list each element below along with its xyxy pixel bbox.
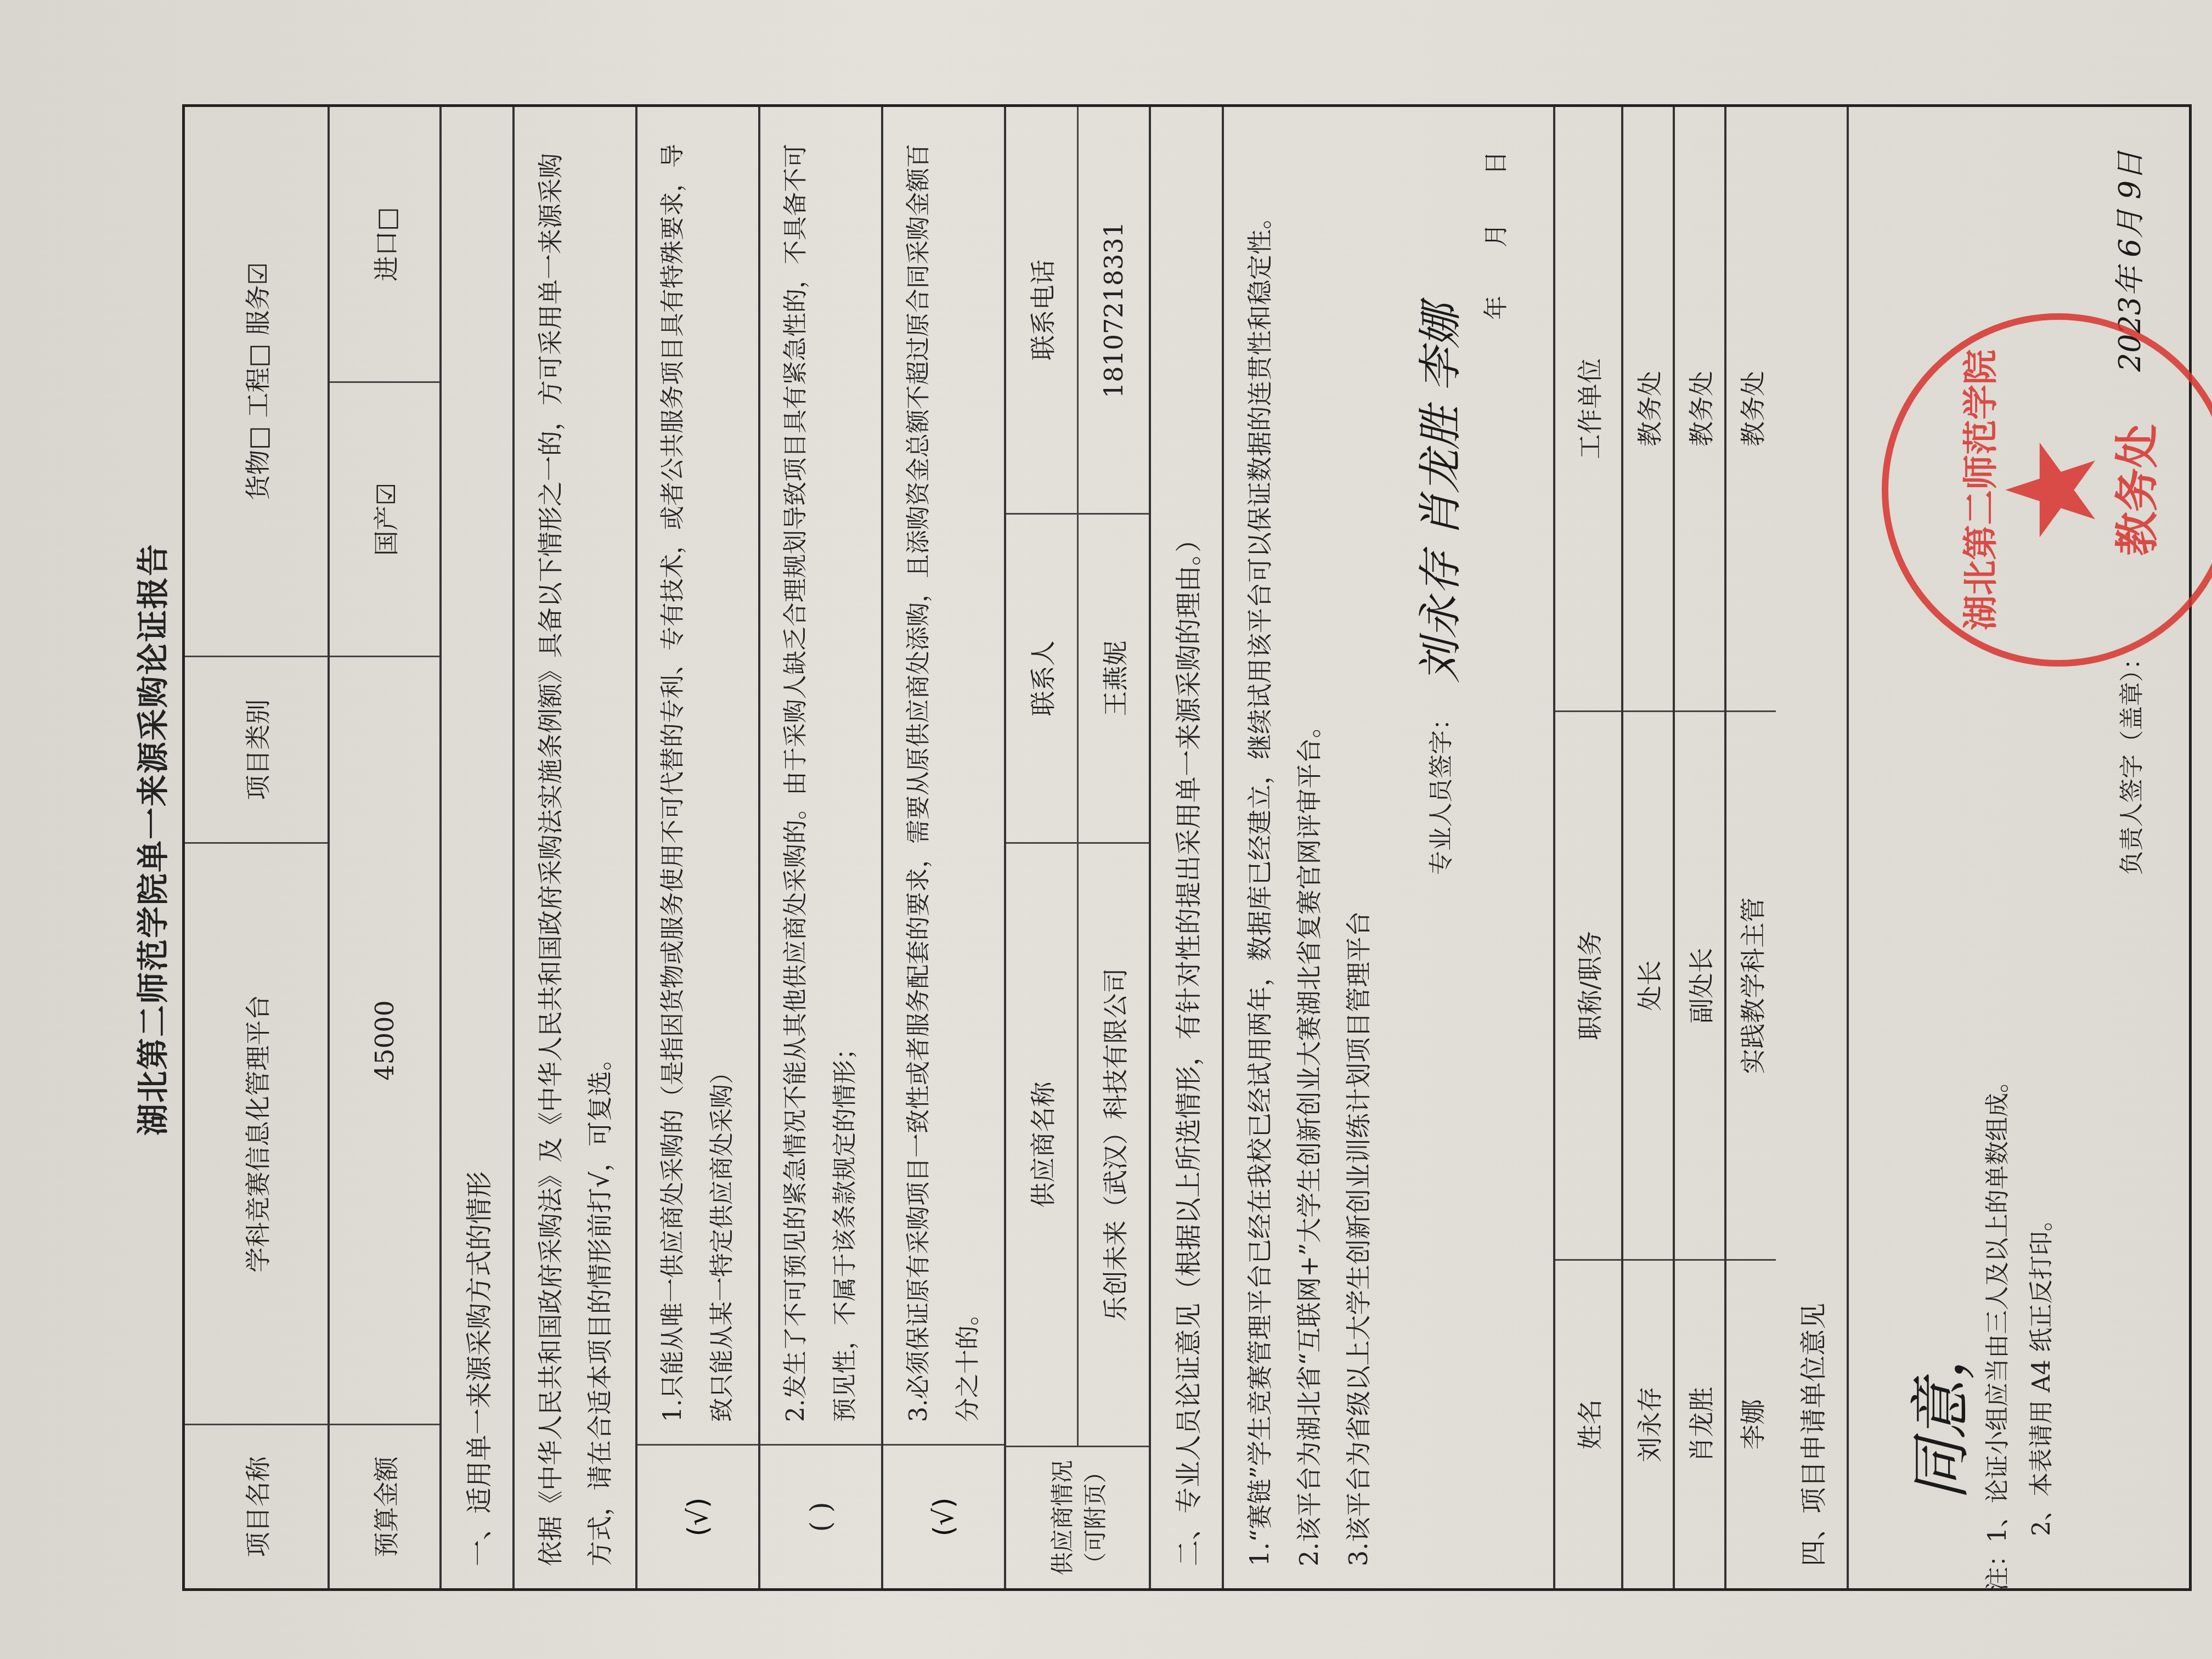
photo-background: 湖北第二师范学院单一来源采购论证报告 项目名称 学科竞赛信息化管理平台 项目类别… [0,0,2212,1659]
footnotes: 注：1、论证小组应当由三人及以上的单数组成。 2、本表请用 A4 纸正反打印。 [1976,1069,2064,1591]
section2-body: 1.“赛链”学生竞赛管理平台已经在我校已经试用两年，数据库已经建立，继续试用该平… [1224,107,1555,1588]
option-2: ( ) 2.发生了不可预见的紧急情况不能从其他供应商处采购的。由于采购人缺乏合理… [760,107,883,1588]
option-3-text: 3.必须保证原有采购项目一致性或者服务配套的要求，需要从原供应商处添购，且添购资… [883,107,1004,1444]
seal-bottom-text: 教务处 [2102,424,2165,556]
section2-point-1: 1.“赛链”学生竞赛管理平台已经在我校已经试用两年，数据库已经建立，继续试用该平… [1235,129,1284,1566]
section1-heading: 一、适用单一来源采购方式的情形 [442,1149,512,1588]
applicant-opinion: 同意， [1893,1319,1979,1500]
supplier-contact: 王燕妮 [1079,513,1149,842]
option-2-text: 2.发生了不可预见的紧急情况不能从其他供应商处采购的。由于采购人缺乏合理规划导致… [760,107,881,1444]
experts-header-row: 姓名 职称/职务 工作单位 [1555,107,1623,1588]
expert-row: 肖龙胜 副处长 教务处 [1675,107,1726,1588]
official-seal: 湖北第二师范学院 ★ 教务处 [1882,313,2212,667]
experts-table: 姓名 职称/职务 工作单位 刘永存 处长 教务处 肖龙胜 副处长 教务处 李娜 … [1555,107,1776,1588]
procurement-form: 项目名称 学科竞赛信息化管理平台 项目类别 货物□ 工程□ 服务☑ 预算金额 4… [182,104,2192,1591]
expert-name: 刘永存 [1623,1259,1673,1588]
origin-domestic: 国产☑ [330,381,439,656]
expert-unit: 教务处 [1675,107,1724,710]
section4-heading-row: 四、项目申请单位意见 [1776,107,1849,1588]
section2-signatures: 刘永存 肖龙胜 李娜 [1405,304,1468,683]
experts-header-name: 姓名 [1555,1259,1621,1588]
budget-value: 45000 [330,656,439,1424]
supplier-name: 乐创未来（武汉）科技有限公司 [1079,842,1149,1446]
project-category-label: 项目类别 [185,656,328,842]
option-1-text: 1.只能从唯一供应商处采购的（是指因货物或服务使用不可代替的专利、专有技术，或者… [637,107,758,1444]
expert-title: 实践教学科主管 [1726,710,1776,1259]
project-category-options: 货物□ 工程□ 服务☑ [185,107,328,656]
section2-heading: 二、专业人员论证意见（根据以上所选情形，有针对性的提出采用单一来源采购的理由。） [1151,504,1222,1588]
option-3-checkmark: (√) [883,1444,1004,1588]
seal-star-icon: ★ [2003,441,2102,539]
supplier-header-phone: 联系电话 [1006,107,1077,513]
expert-title: 处长 [1623,710,1673,1259]
experts-header-title: 职称/职务 [1555,710,1621,1259]
expert-unit: 教务处 [1623,107,1673,710]
supplier-value-row: 乐创未来（武汉）科技有限公司 王燕妮 18107218331 [1079,107,1149,1446]
supplier-header-contact: 联系人 [1006,513,1077,842]
section2-point-3: 3.该平台为省级以上大学生创新创业训练计划项目管理平台 [1334,129,1383,1566]
option-1: (√) 1.只能从唯一供应商处采购的（是指因货物或服务使用不可代替的专利、专有技… [637,107,760,1588]
project-name-value: 学科竞赛信息化管理平台 [185,842,328,1424]
section2-heading-row: 二、专业人员论证意见（根据以上所选情形，有针对性的提出采用单一来源采购的理由。） [1151,107,1224,1588]
option-1-checkmark: (√) [637,1444,758,1588]
supplier-row: 供应商情况（可附页） 供应商名称 联系人 联系电话 乐创未来（武汉）科技有限公司… [1006,107,1151,1588]
budget-label: 预算金额 [330,1424,439,1588]
option-3: (√) 3.必须保证原有采购项目一致性或者服务配套的要求，需要从原供应商处添购，… [883,107,1006,1588]
form-page: 湖北第二师范学院单一来源采购论证报告 项目名称 学科竞赛信息化管理平台 项目类别… [111,44,2086,1635]
origin-import: 进口□ [330,107,439,381]
section4-sign-label: 负责人签字（盖章）： [2112,646,2147,875]
footnote-2: 2、本表请用 A4 纸正反打印。 [2020,1069,2064,1591]
section1-intro: 依据《中华人民共和国政府采购法》及《中华人民共和国政府采购法实施条例额》具备以下… [515,107,635,1588]
section2-point-2: 2.该平台为湖北省“互联网+”大学生创新创业大赛湖北省复赛官网评审平台。 [1284,129,1334,1566]
supplier-phone: 18107218331 [1079,107,1149,513]
expert-row: 刘永存 处长 教务处 [1623,107,1675,1588]
supplier-header-name: 供应商名称 [1006,842,1077,1446]
footnote-1: 注：1、论证小组应当由三人及以上的单数组成。 [1976,1069,2020,1591]
supplier-table: 供应商名称 联系人 联系电话 乐创未来（武汉）科技有限公司 王燕妮 181072… [1006,107,1149,1446]
experts-header-unit: 工作单位 [1555,107,1621,710]
document-title: 湖北第二师范学院单一来源采购论证报告 [127,44,173,1635]
section2-sign-label: 专业人员签字： [1421,706,1457,875]
expert-unit: 教务处 [1726,107,1776,710]
supplier-label: 供应商情况（可附页） [1006,1446,1149,1588]
supplier-header-row: 供应商名称 联系人 联系电话 [1006,107,1079,1446]
project-name-label: 项目名称 [185,1424,328,1588]
section1-heading-row: 一、适用单一来源采购方式的情形 [442,107,515,1588]
expert-title: 副处长 [1675,710,1724,1259]
project-name-row: 项目名称 学科竞赛信息化管理平台 项目类别 货物□ 工程□ 服务☑ [185,107,330,1588]
section4-heading: 四、项目申请单位意见 [1776,1281,1847,1588]
budget-row: 预算金额 45000 国产☑ 进口□ [330,107,442,1588]
section2-date: 年 月 日 [1476,151,1511,320]
expert-row: 李娜 实践教学科主管 教务处 [1726,107,1776,1588]
option-2-checkmark: ( ) [760,1444,881,1588]
expert-name: 肖龙胜 [1675,1259,1724,1588]
section1-intro-row: 依据《中华人民共和国政府采购法》及《中华人民共和国政府采购法实施条例额》具备以下… [515,107,637,1588]
expert-name: 李娜 [1726,1259,1776,1588]
